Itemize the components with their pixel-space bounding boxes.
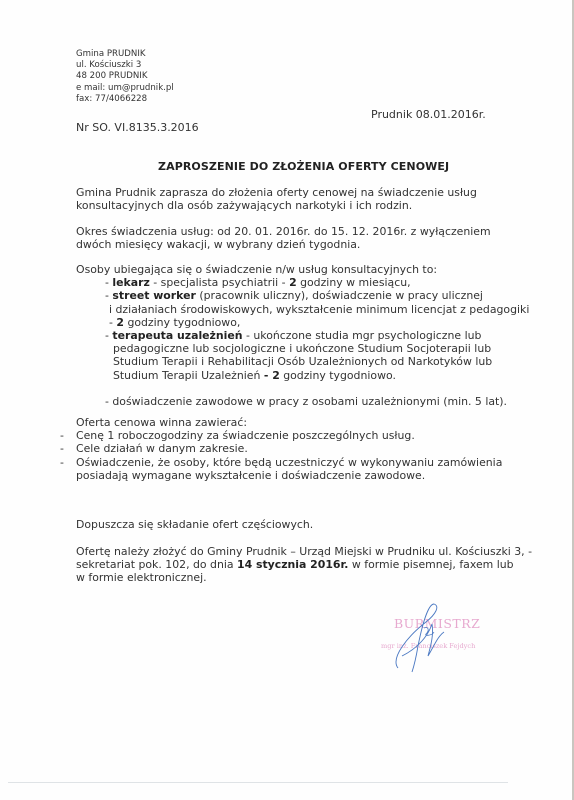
sender-line: e mail: um@prudnik.pl	[76, 83, 174, 94]
document-title: ZAPROSZENIE DO ZŁOŻENIA OFERTY CENOWEJ	[158, 160, 449, 173]
reference-number: Nr SO. VI.8135.3.2016	[76, 121, 199, 134]
document-page: Gmina PRUDNIK ul. Kościuszki 3 48 200 PR…	[0, 0, 572, 800]
period-line: dwóch miesięcy wakacji, w wybrany dzień …	[76, 238, 491, 251]
partial-offers-note: Dopuszcza się składanie ofert częściowyc…	[76, 518, 313, 531]
hours-value: 2	[289, 276, 297, 289]
offer-contents-section: Oferta cenowa winna zawierać: -Cenę 1 ro…	[60, 416, 502, 482]
candidate-terapeuta: - terapeuta uzależnień - ukończone studi…	[76, 329, 529, 382]
candidate-street-worker: - street worker (pracownik uliczny), doś…	[76, 289, 529, 329]
signature-icon	[388, 596, 468, 676]
sender-line: ul. Kościuszki 3	[76, 60, 174, 71]
intro-line: konsultacyjnych dla osób zażywających na…	[76, 199, 477, 212]
role-name: terapeuta uzależnień	[112, 329, 242, 342]
sender-address: Gmina PRUDNIK ul. Kościuszki 3 48 200 PR…	[76, 49, 174, 105]
offer-contents-heading: Oferta cenowa winna zawierać:	[60, 416, 502, 429]
list-item: -Cenę 1 roboczogodziny za świadczenie po…	[60, 429, 502, 442]
list-item: -Cele działań w danym zakresie.	[60, 442, 502, 455]
period-paragraph: Okres świadczenia usług: od 20. 01. 2016…	[76, 225, 491, 251]
deadline-date: 14 stycznia 2016r.	[237, 558, 348, 571]
place-date: Prudnik 08.01.2016r.	[371, 108, 486, 121]
submission-paragraph: Ofertę należy złożyć do Gminy Prudnik – …	[76, 545, 532, 585]
candidates-section: Osoby ubiegająca się o świadczenie n/w u…	[76, 263, 529, 408]
hours-value: 2	[116, 316, 124, 329]
hours-value: 2	[272, 369, 280, 382]
sender-line: Gmina PRUDNIK	[76, 49, 174, 60]
sender-line: fax: 77/4066228	[76, 94, 174, 105]
sender-line: 48 200 PRUDNIK	[76, 71, 174, 82]
role-name: lekarz	[112, 276, 149, 289]
experience-requirement: - doświadczenie zawodowe w pracy z osoba…	[76, 395, 529, 408]
intro-line: Gmina Prudnik zaprasza do złożenia ofert…	[76, 186, 477, 199]
period-line: Okres świadczenia usług: od 20. 01. 2016…	[76, 225, 491, 238]
candidate-lekarz: - lekarz - specjalista psychiatrii - 2 g…	[76, 276, 529, 289]
intro-paragraph: Gmina Prudnik zaprasza do złożenia ofert…	[76, 186, 477, 212]
list-item: -Oświadczenie, że osoby, które będą ucze…	[60, 456, 502, 469]
scan-artifact-line	[8, 782, 508, 783]
candidates-heading: Osoby ubiegająca się o świadczenie n/w u…	[76, 263, 529, 276]
role-name: street worker	[112, 289, 195, 302]
